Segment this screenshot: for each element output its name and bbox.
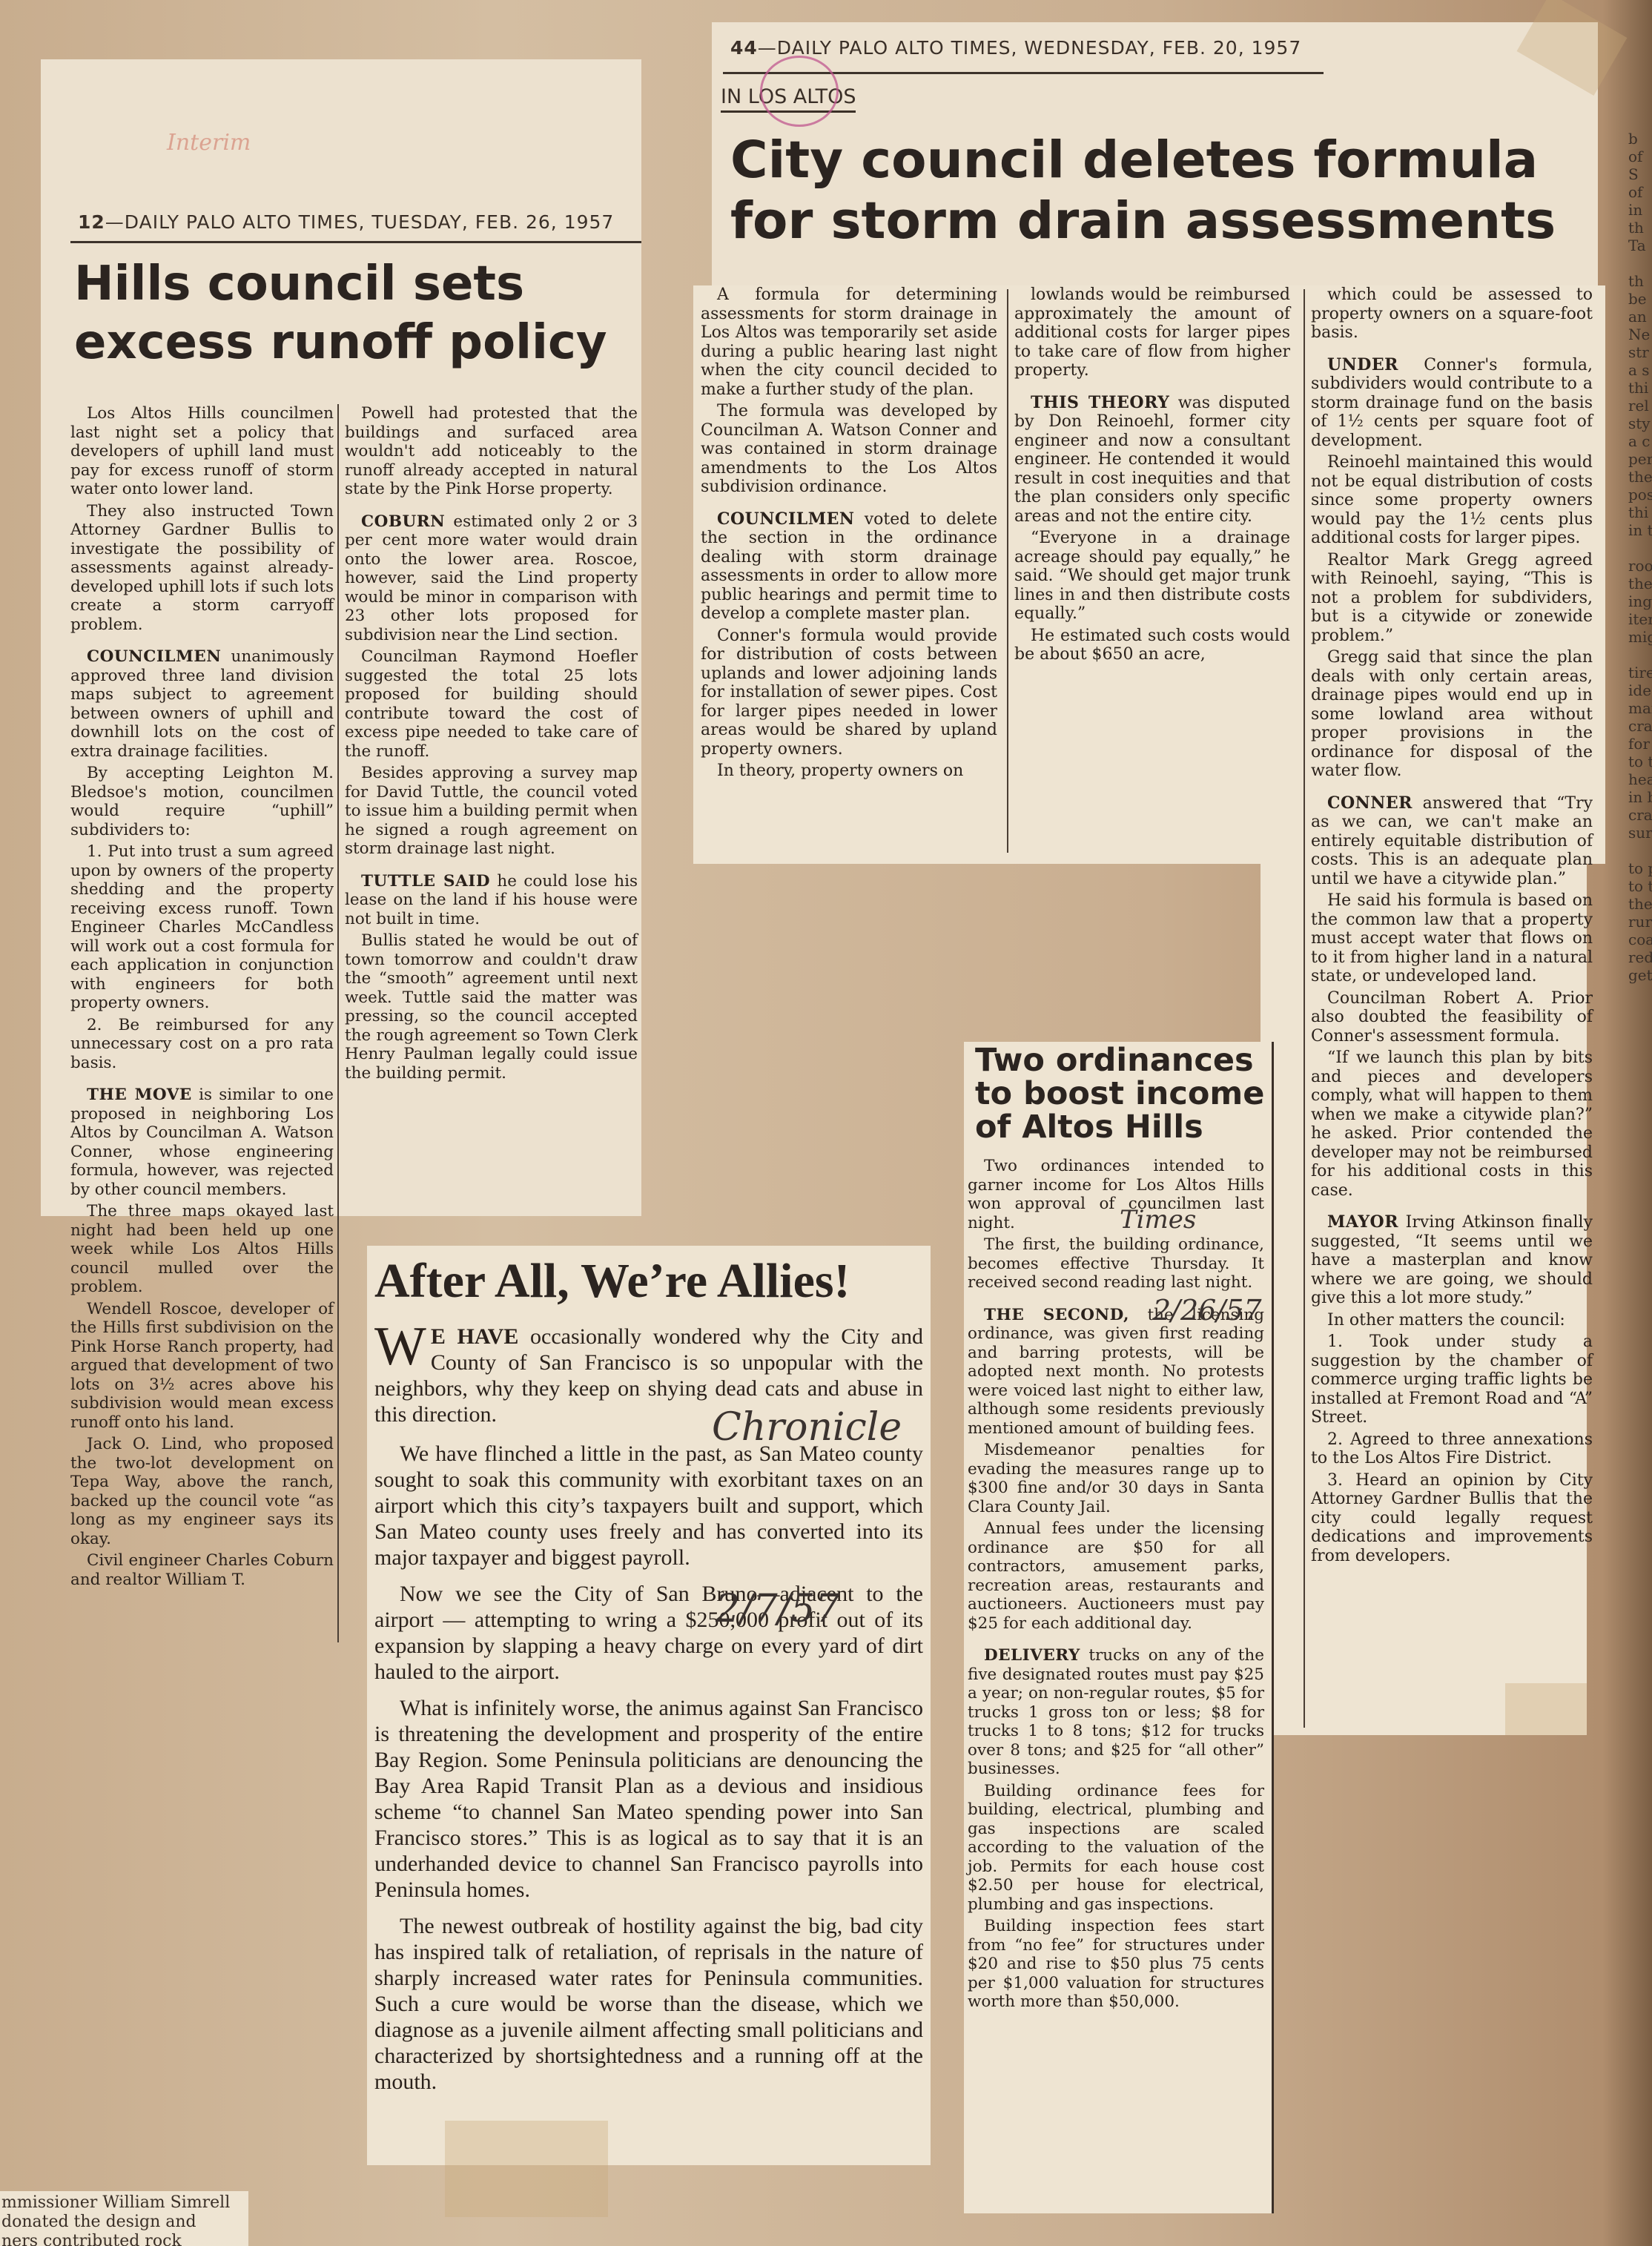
right-edge-clipping-text: bofSofinthTa thbeanNestra sthirelstya cp… [1628, 130, 1652, 984]
city-council-column-2: lowlands would be reimbursed approximate… [1014, 285, 1290, 667]
paragraph: Councilman Robert A. Prior also doubted … [1311, 989, 1593, 1046]
article-headline: Hills council sets excess runoff policy [74, 260, 607, 368]
text-line: mmissioner William Simrell [1, 2193, 230, 2213]
text-line: ners contributed rock [1, 2232, 230, 2246]
text-line: b [1628, 130, 1652, 148]
text-line: tire [1628, 664, 1652, 681]
text-line: to th [1628, 877, 1652, 895]
text-line: these [1628, 895, 1652, 913]
paragraph: The formula was developed by Councilman … [701, 402, 997, 497]
paragraph: MAYOR Irving Atkinson finally suggested,… [1311, 1213, 1593, 1308]
paragraph-lead: CONNER [1327, 793, 1413, 813]
text-line: thei [1628, 575, 1652, 592]
text-line: mig [1628, 628, 1652, 646]
paragraph: Misdemeanor penalties for evading the me… [968, 1441, 1264, 1516]
paragraph-lead: TUTTLE SAID [361, 872, 490, 891]
text-line: rural [1628, 913, 1652, 931]
paragraph: COUNCILMEN unanimously approved three la… [70, 647, 334, 761]
paragraph: Gregg said that since the plan deals wit… [1311, 648, 1593, 781]
text-line: roo [1628, 557, 1652, 575]
paragraph: “If we launch this plan by bits and piec… [1311, 1048, 1593, 1200]
paragraph: The three maps okayed last night had bee… [70, 1202, 334, 1297]
text-line: in t [1628, 521, 1652, 539]
text-line: the [1628, 468, 1652, 486]
handwritten-paper-note: Times [1120, 1205, 1196, 1235]
handwritten-date-note: 2/7/57 [716, 1587, 839, 1631]
paragraph-lead: COBURN [361, 512, 445, 531]
text-line: pos [1628, 486, 1652, 503]
paragraph: THIS THEORY was disputed by Don Reinoehl… [1014, 394, 1290, 526]
text-line [1628, 842, 1652, 859]
text-line: hear [1628, 770, 1652, 788]
column-rule [337, 404, 339, 1642]
paragraph: Powell had protested that the buildings … [345, 404, 638, 499]
text-line [1628, 646, 1652, 664]
text-line: ing [1628, 592, 1652, 610]
column-rule [1304, 289, 1305, 1728]
paragraph: 1. Put into trust a sum agreed upon by o… [70, 842, 334, 1013]
hills-council-column-1: Los Altos Hills councilmen last night se… [70, 404, 334, 1592]
text-line: be [1628, 290, 1652, 308]
text-line: th [1628, 272, 1652, 290]
paragraph: The first, the building ordinance, becom… [968, 1235, 1264, 1292]
paragraph: Civil engineer Charles Coburn and realto… [70, 1551, 334, 1589]
page-header: 12—DAILY PALO ALTO TIMES, TUESDAY, FEB. … [78, 211, 614, 233]
text-line: donated the design and [1, 2213, 230, 2232]
text-line: thi [1628, 379, 1652, 397]
text-line [1628, 254, 1652, 272]
text-line: th [1628, 219, 1652, 237]
ordinances-body: Two ordinances intended to garner income… [968, 1157, 1264, 2015]
paragraph: 2. Be reimbursed for any unnecessary cos… [70, 1016, 334, 1073]
paragraph: Wendell Roscoe, developer of the Hills f… [70, 1300, 334, 1433]
text-line: rel [1628, 397, 1652, 414]
text-line [1628, 539, 1652, 557]
paragraph: A formula for determining assessments fo… [701, 285, 997, 399]
paragraph-lead: COUNCILMEN [717, 509, 854, 529]
tape-strip [445, 2121, 608, 2217]
pencil-note: Interim [167, 130, 251, 156]
paragraph: He estimated such costs would be about $… [1014, 627, 1290, 664]
ordinances-headline: Two ordinances to boost income of Altos … [975, 1044, 1264, 1144]
paragraph: Reinoehl maintained this would not be eq… [1311, 453, 1593, 548]
paragraph: Jack O. Lind, who proposed the two-lot d… [70, 1435, 334, 1548]
paragraph: UNDER Conner's formula, subdividers woul… [1311, 356, 1593, 451]
paragraph: COUNCILMEN voted to delete the section i… [701, 510, 997, 624]
text-line: S [1628, 165, 1652, 183]
text-line: str [1628, 343, 1652, 361]
text-line: to pu [1628, 859, 1652, 877]
text-line: idea [1628, 681, 1652, 699]
text-line: to t [1628, 753, 1652, 770]
text-line: Ta [1628, 237, 1652, 254]
text-line: getti [1628, 966, 1652, 984]
paragraph: COBURN estimated only 2 or 3 per cent mo… [345, 512, 638, 645]
article-headline: City council deletes formula for storm d… [730, 133, 1556, 248]
paragraph: 2. Agreed to three annexations to the Lo… [1311, 1430, 1593, 1468]
paragraph: Conner's formula would provide for distr… [701, 627, 997, 759]
paragraph: which could be assessed to property owne… [1311, 285, 1593, 343]
text-line: mai [1628, 699, 1652, 717]
paragraph: Annual fees under the licensing ordinanc… [968, 1519, 1264, 1633]
paragraph: CONNER answered that “Try as we can, we … [1311, 794, 1593, 889]
text-line: iten [1628, 610, 1652, 628]
text-line: surr [1628, 824, 1652, 842]
text-line: Ne [1628, 326, 1652, 343]
text-line: coal [1628, 931, 1652, 948]
paragraph: 1. Took under study a suggestion by the … [1311, 1332, 1593, 1427]
paragraph: Two ordinances intended to garner income… [968, 1157, 1264, 1232]
header-rule [70, 241, 641, 243]
text-line: an [1628, 308, 1652, 326]
paragraph-lead: UNDER [1327, 355, 1398, 374]
text-line: sty [1628, 414, 1652, 432]
text-line: crac [1628, 806, 1652, 824]
editorial-headline: After All, We’re Allies! [374, 1253, 850, 1309]
city-council-column-3: which could be assessed to property owne… [1311, 285, 1593, 1568]
drop-cap: W [374, 1324, 426, 1370]
text-line: in b [1628, 788, 1652, 806]
paragraph: They also instructed Town Attorney Gardn… [70, 502, 334, 635]
paragraph: TUTTLE SAID he could lose his lease on t… [345, 872, 638, 929]
paragraph: DELIVERY trucks on any of the five desig… [968, 1646, 1264, 1779]
text-line: thi [1628, 503, 1652, 521]
paragraph: 3. Heard an opinion by City Attorney Gar… [1311, 1471, 1593, 1566]
paragraph: He said his formula is based on the comm… [1311, 891, 1593, 986]
paragraph: In other matters the council: [1311, 1311, 1593, 1330]
handwritten-date-note: 2/26/57 [1153, 1294, 1262, 1327]
paragraph: Besides approving a survey map for David… [345, 764, 638, 859]
paragraph-lead: THE MOVE [87, 1086, 192, 1104]
text-line: per [1628, 450, 1652, 468]
text-line: a s [1628, 361, 1652, 379]
paragraph: Bullis stated he would be out of town to… [345, 931, 638, 1083]
paragraph: Realtor Mark Gregg agreed with Reinoehl,… [1311, 551, 1593, 646]
text-line: for [1628, 735, 1652, 753]
handwritten-paper-note: Chronicle [712, 1405, 902, 1450]
paragraph: Building inspection fees start from “no … [968, 1917, 1264, 2012]
paragraph: Building ordinance fees for building, el… [968, 1782, 1264, 1915]
paragraph: Councilman Raymond Hoefler suggested the… [345, 647, 638, 761]
paragraph: By accepting Leighton M. Bledsoe's motio… [70, 764, 334, 839]
text-line: of [1628, 148, 1652, 165]
text-line: a c [1628, 432, 1652, 450]
hills-council-column-2: Powell had protested that the buildings … [345, 404, 638, 1086]
paragraph: THE MOVE is similar to one proposed in n… [70, 1086, 334, 1199]
pink-circle-mark [760, 56, 839, 127]
page-header: 44—DAILY PALO ALTO TIMES, WEDNESDAY, FEB… [730, 37, 1301, 59]
paragraph: In theory, property owners on [701, 762, 997, 781]
column-rule [1007, 289, 1008, 853]
tape-strip [1505, 1683, 1587, 1735]
paragraph: Los Altos Hills councilmen last night se… [70, 404, 334, 499]
paragraph-lead: DELIVERY [984, 1646, 1080, 1665]
text-line: red. [1628, 948, 1652, 966]
bottom-clipping-text: mmissioner William Simrelldonated the de… [1, 2193, 230, 2246]
paragraph-lead: MAYOR [1327, 1212, 1398, 1232]
text-line: crac [1628, 717, 1652, 735]
paragraph-lead: THIS THEORY [1031, 393, 1169, 412]
text-line: in [1628, 201, 1652, 219]
text-line: of [1628, 183, 1652, 201]
paragraph: “Everyone in a drainage acreage should p… [1014, 529, 1290, 624]
city-council-column-1: A formula for determining assessments fo… [701, 285, 997, 784]
paragraph-lead: COUNCILMEN [87, 647, 221, 666]
paragraph: lowlands would be reimbursed approximate… [1014, 285, 1290, 380]
paragraph-lead: THE SECOND, [984, 1306, 1129, 1324]
